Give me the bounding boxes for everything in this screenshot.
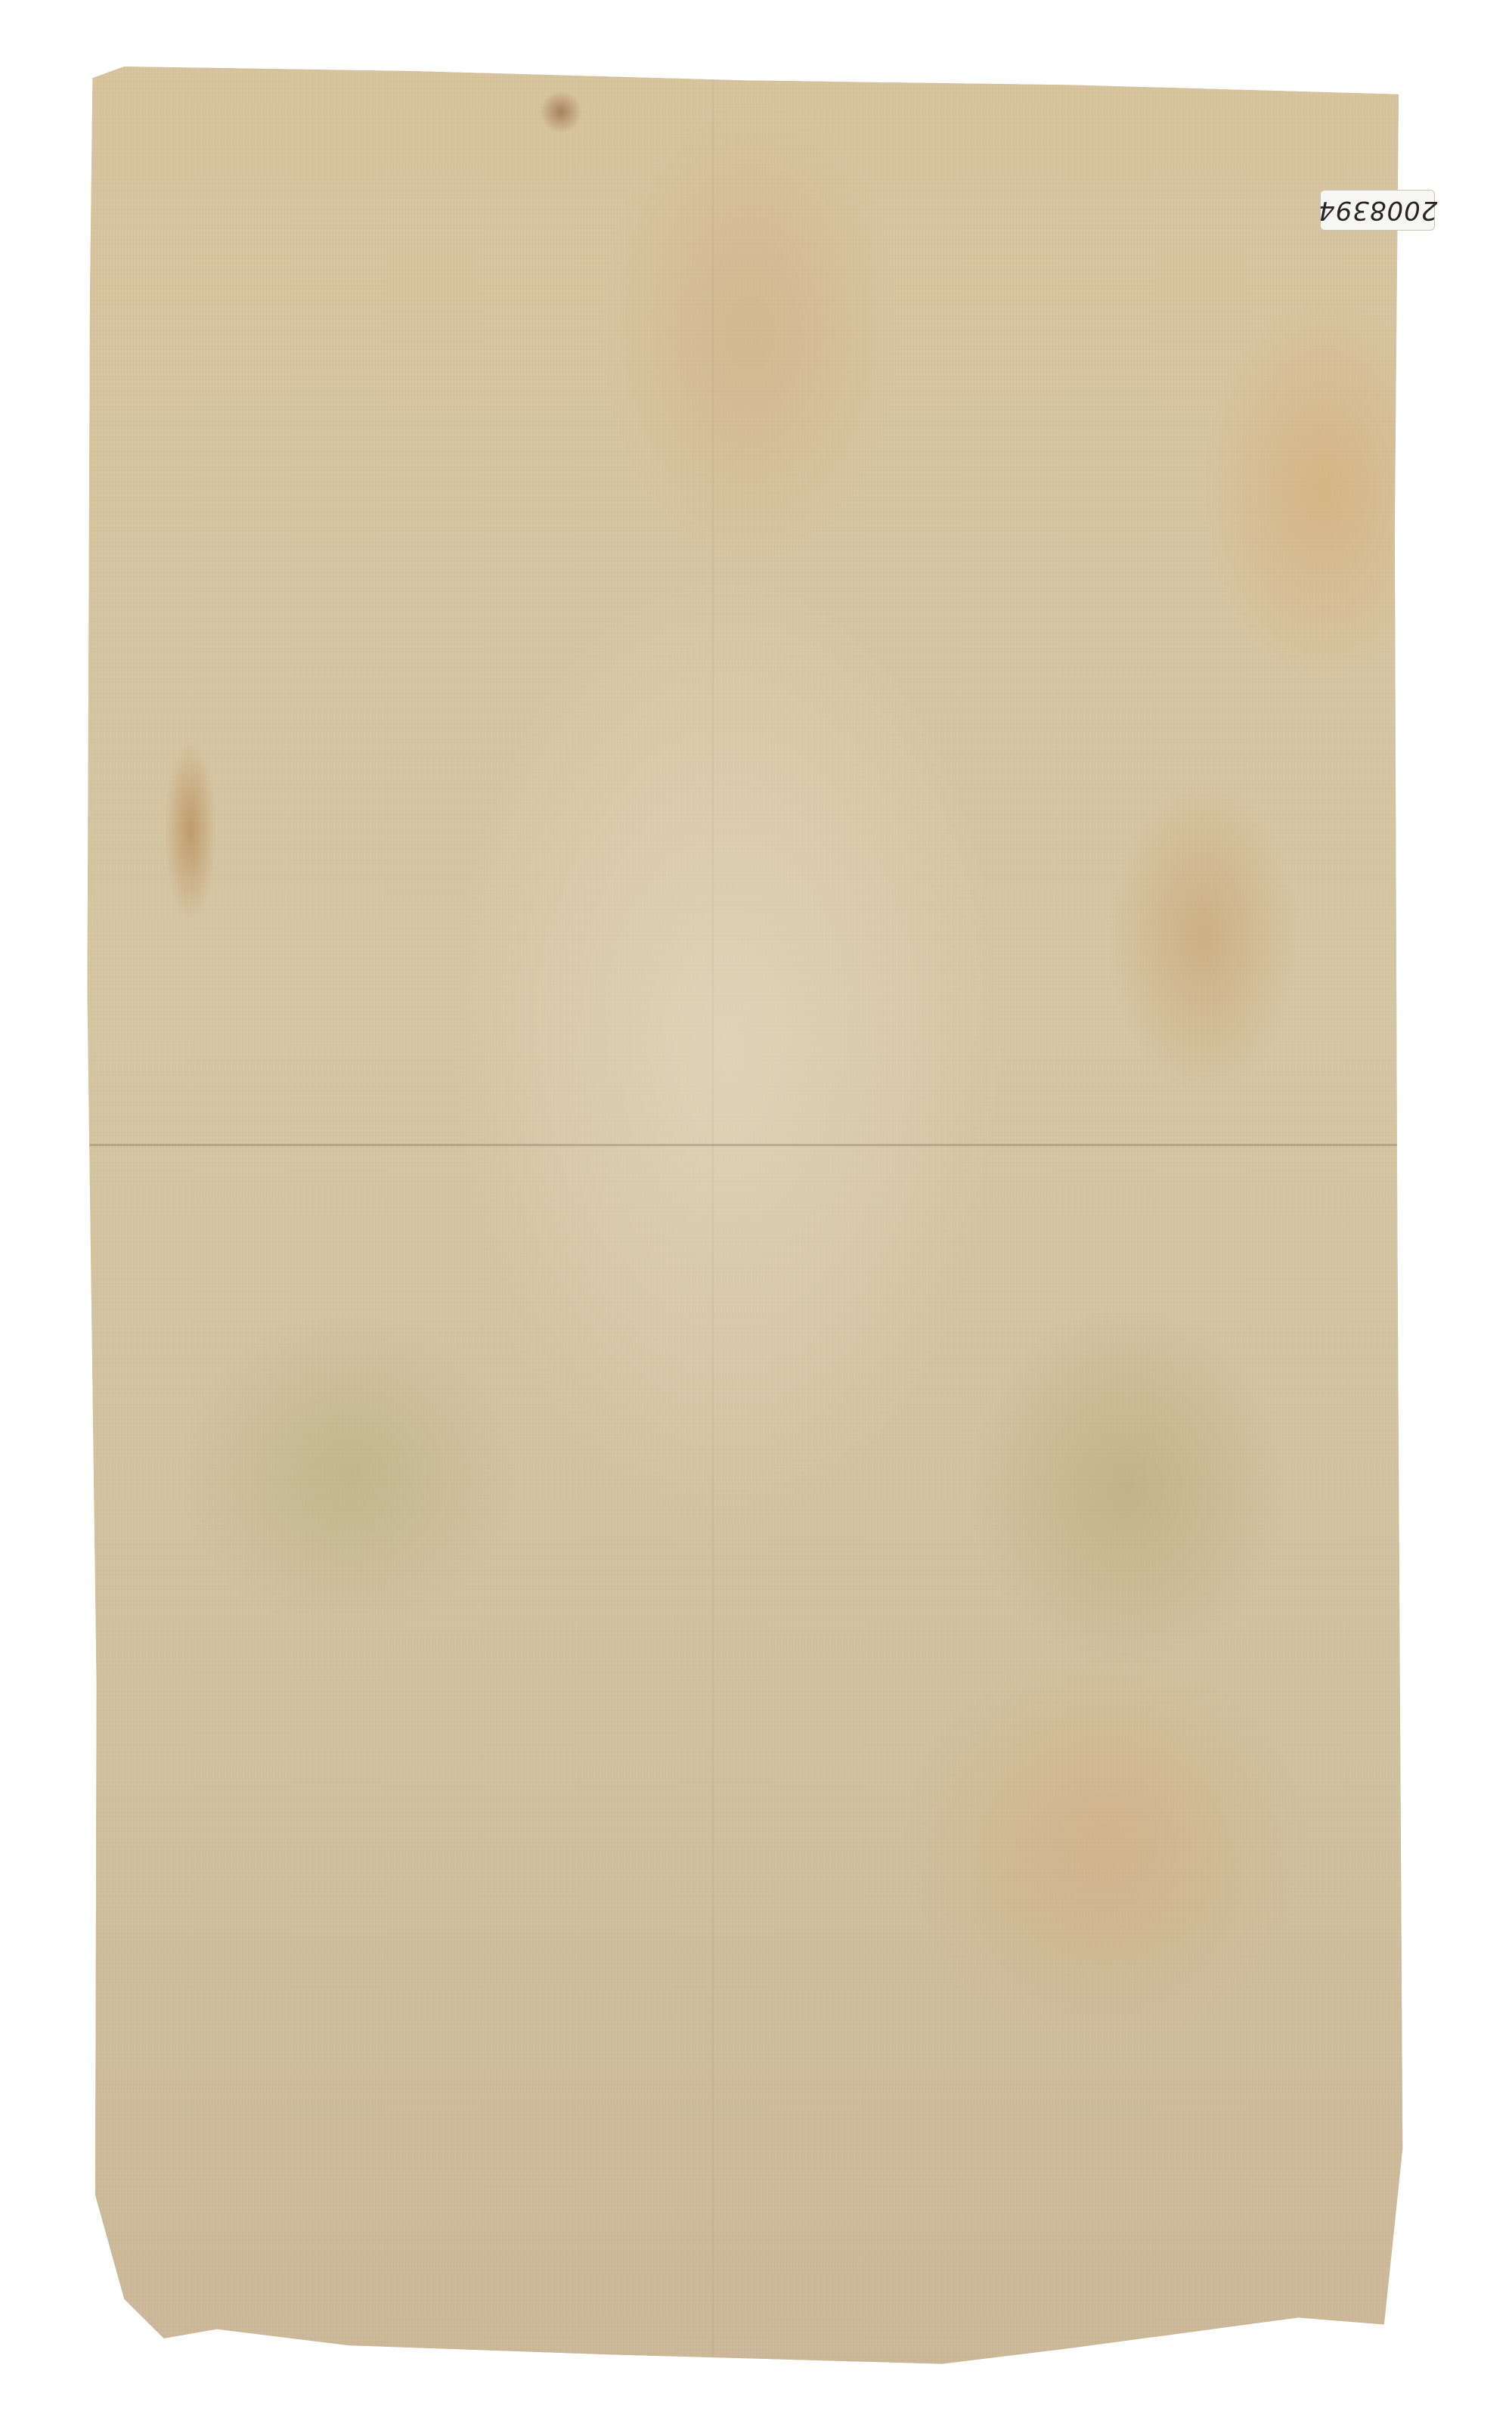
inventory-label: 2008394 [1321, 191, 1434, 230]
horizontal-fold-crease [85, 1144, 1404, 1146]
vertical-fold-crease [712, 67, 714, 2380]
inventory-number: 2008394 [1318, 195, 1437, 225]
photo-stage: 2008394 [0, 0, 1512, 2436]
aged-cloth [85, 67, 1404, 2380]
